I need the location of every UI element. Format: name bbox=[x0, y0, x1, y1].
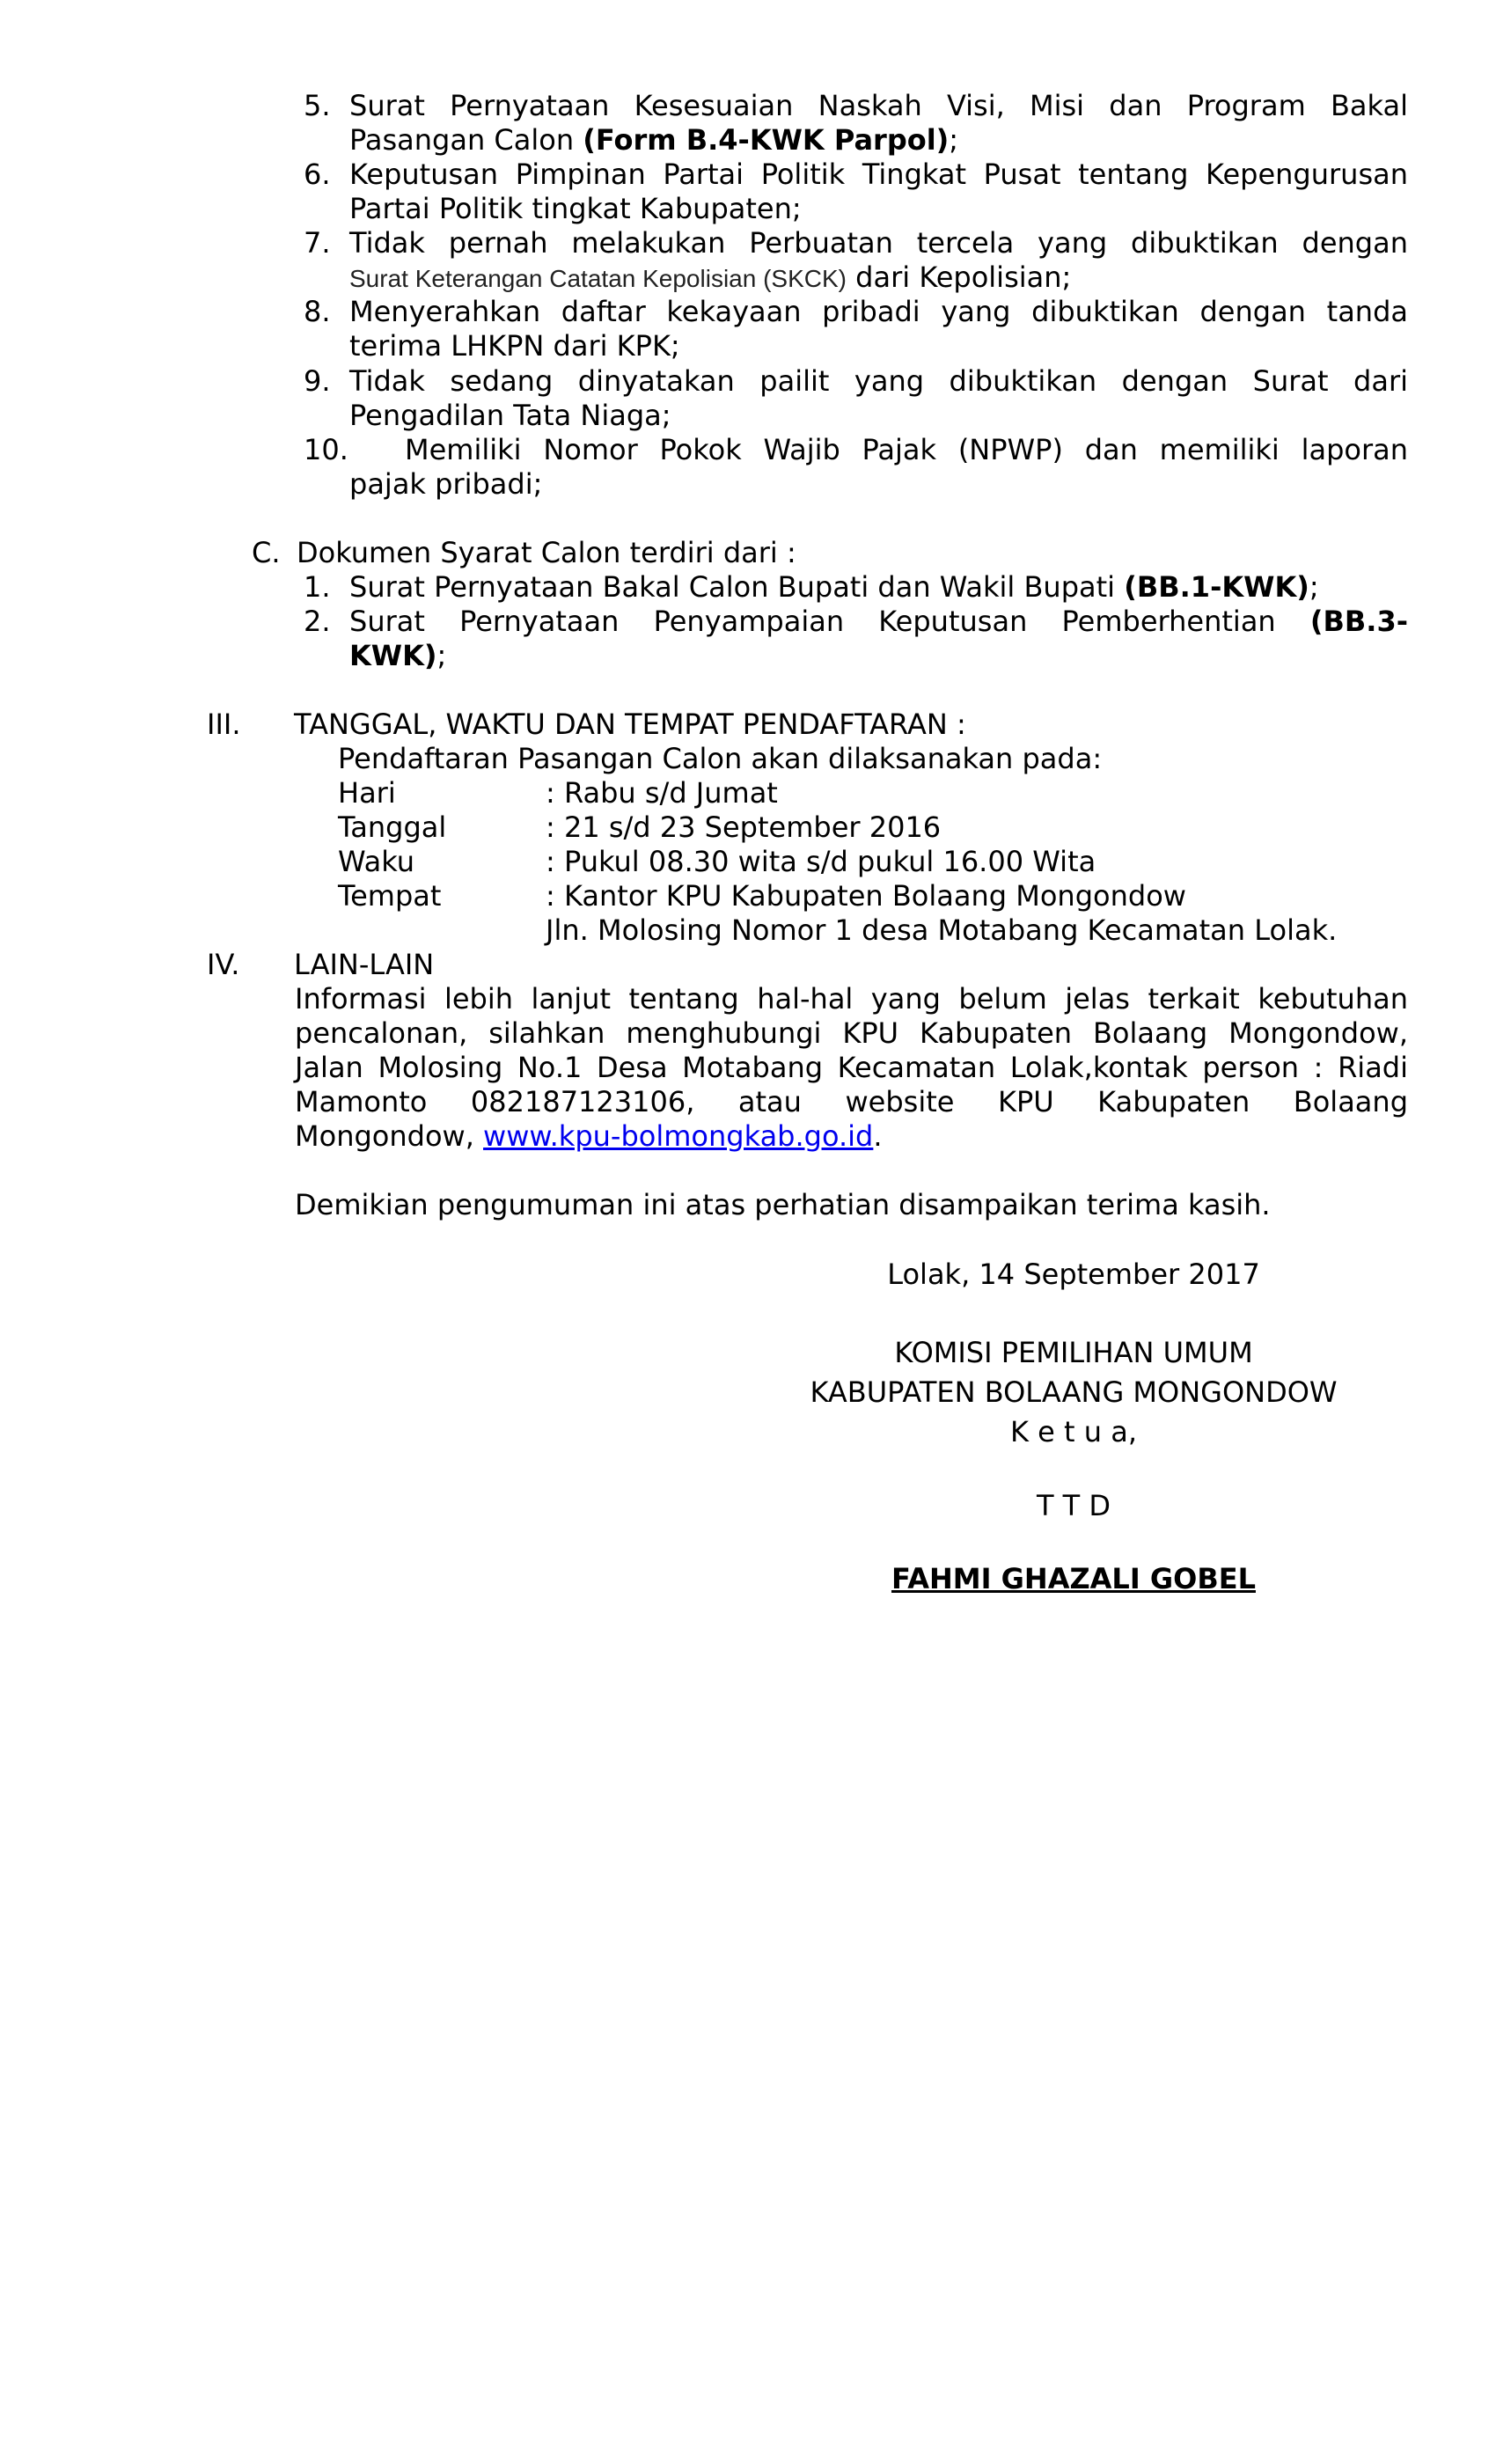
list-number: 7. bbox=[304, 226, 331, 260]
info-paragraph-line: pencalonan, silahkan menghubungi KPU Kab… bbox=[295, 1016, 1408, 1051]
section-title: Dokumen Syarat Calon terdiri dari : bbox=[297, 536, 796, 570]
list-number: 1. bbox=[304, 570, 331, 605]
list-item-text: Surat Pernyataan Penyampaian Keputusan P… bbox=[349, 605, 1408, 639]
info-paragraph-line: Mamonto 082187123106, atau website KPU K… bbox=[295, 1085, 1408, 1119]
list-item-text: Surat Keterangan Catatan Kepolisian (SKC… bbox=[349, 260, 1071, 296]
schedule-value: : Kantor KPU Kabupaten Bolaang Mongondow bbox=[546, 879, 1186, 913]
list-number: 8. bbox=[304, 295, 331, 329]
list-number: 6. bbox=[304, 158, 331, 192]
section-marker: C. bbox=[252, 536, 281, 570]
schedule-label: Waku bbox=[338, 845, 414, 879]
info-paragraph-line: Jalan Molosing No.1 Desa Motabang Kecama… bbox=[295, 1051, 1408, 1085]
section-marker: III. bbox=[207, 708, 240, 742]
info-paragraph-line: Informasi lebih lanjut tentang hal-hal y… bbox=[295, 982, 1408, 1016]
list-item-text: terima LHKPN dari KPK; bbox=[349, 329, 680, 363]
list-item-text: Tidak pernah melakukan Perbuatan tercela… bbox=[349, 226, 1408, 260]
list-item-text: Menyerahkan daftar kekayaan pribadi yang… bbox=[349, 295, 1408, 329]
schedule-label: Tanggal bbox=[338, 810, 446, 845]
organization-line-2: KABUPATEN BOLAANG MONGONDOW bbox=[792, 1375, 1355, 1410]
list-item-text: Surat Pernyataan Bakal Calon Bupati dan … bbox=[349, 570, 1319, 605]
place-date: Lolak, 14 September 2017 bbox=[880, 1258, 1267, 1292]
section-intro: Pendaftaran Pasangan Calon akan dilaksan… bbox=[338, 742, 1102, 776]
list-number: 10. bbox=[304, 433, 348, 467]
closing-statement: Demikian pengumuman ini atas perhatian d… bbox=[295, 1188, 1271, 1222]
list-number: 9. bbox=[304, 364, 331, 399]
organization-line-1: KOMISI PEMILIHAN UMUM bbox=[810, 1336, 1338, 1370]
list-item-text: Surat Pernyataan Kesesuaian Naskah Visi,… bbox=[349, 89, 1408, 123]
section-title: LAIN-LAIN bbox=[294, 948, 434, 982]
signatory-name: FAHMI GHAZALI GOBEL bbox=[845, 1562, 1302, 1596]
list-item-text: Keputusan Pimpinan Partai Politik Tingka… bbox=[349, 158, 1408, 192]
section-marker: IV. bbox=[207, 948, 239, 982]
signed-marker: T T D bbox=[880, 1489, 1267, 1523]
section-title: TANGGAL, WAKTU DAN TEMPAT PENDAFTARAN : bbox=[294, 708, 966, 742]
form-code: (Form B.4-KWK Parpol) bbox=[583, 123, 949, 157]
schedule-value: : Rabu s/d Jumat bbox=[546, 776, 778, 810]
list-item-text: KWK); bbox=[349, 639, 446, 673]
list-item-text: Pasangan Calon (Form B.4-KWK Parpol); bbox=[349, 123, 958, 158]
form-code: KWK) bbox=[349, 639, 437, 672]
list-item-text: Tidak sedang dinyatakan pailit yang dibu… bbox=[349, 364, 1408, 399]
schedule-label: Tempat bbox=[338, 879, 441, 913]
schedule-value: : 21 s/d 23 September 2016 bbox=[546, 810, 941, 845]
website-link[interactable]: www.kpu-bolmongkab.go.id bbox=[483, 1119, 873, 1153]
schedule-value: Jln. Molosing Nomor 1 desa Motabang Keca… bbox=[546, 913, 1337, 948]
list-item-text: Partai Politik tingkat Kabupaten; bbox=[349, 192, 802, 226]
list-item-text: Pengadilan Tata Niaga; bbox=[349, 399, 671, 433]
list-number: 5. bbox=[304, 89, 331, 123]
list-item-text: pajak pribadi; bbox=[349, 467, 542, 502]
list-item-text: Memiliki Nomor Pokok Wajib Pajak (NPWP) … bbox=[405, 433, 1408, 467]
schedule-value: : Pukul 08.30 wita s/d pukul 16.00 Wita bbox=[546, 845, 1096, 879]
list-number: 2. bbox=[304, 605, 331, 639]
form-code: (BB.1-KWK) bbox=[1124, 570, 1309, 604]
position-title: K e t u a, bbox=[880, 1415, 1267, 1449]
schedule-label: Hari bbox=[338, 776, 396, 810]
info-paragraph-line: Mongondow, www.kpu-bolmongkab.go.id. bbox=[295, 1119, 883, 1154]
